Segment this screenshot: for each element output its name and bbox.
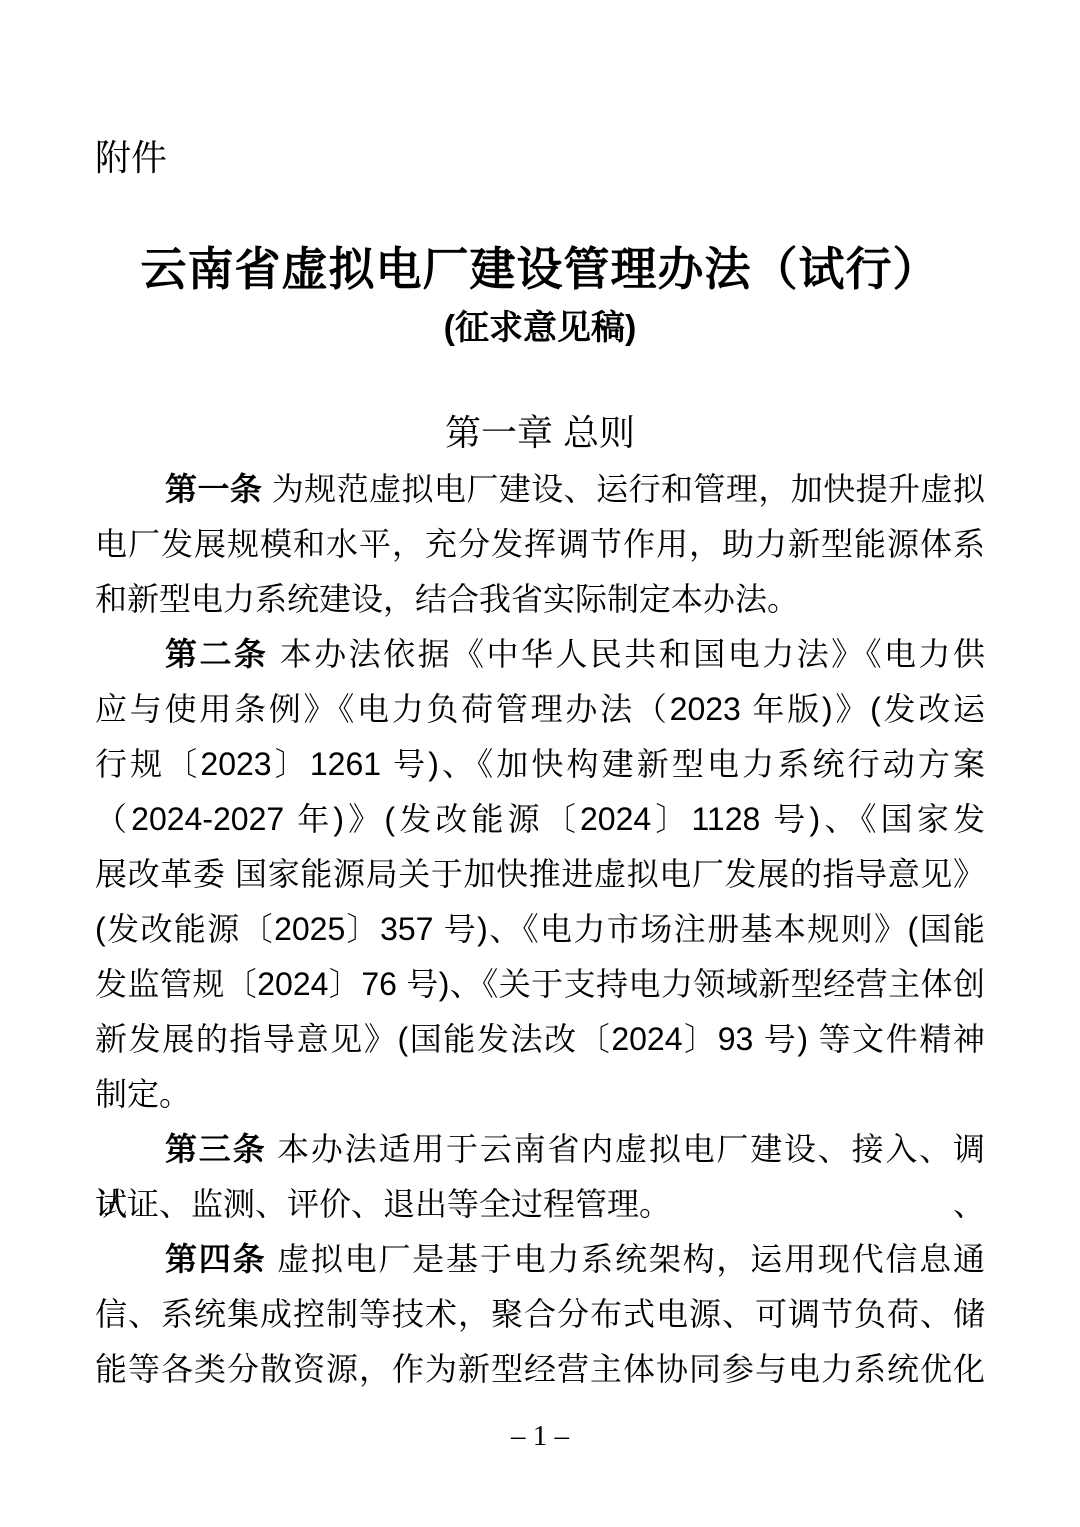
line-text: （2024-2027 年)》(发改能源〔2024〕1128 号)、《国家发 <box>95 801 985 837</box>
body-line: 和新型电力系统建设，结合我省实际制定本办法。 <box>95 572 985 627</box>
body-line: 制定。 <box>95 1067 985 1122</box>
body-line: 第四条 虚拟电厂是基于电力系统架构，运用现代信息通 <box>95 1232 985 1287</box>
body-line: 行规〔2023〕1261 号)、《加快构建新型电力系统行动方案 <box>95 737 985 792</box>
line-text: 本办法依据《中华人民共和国电力法》《电力供 <box>280 636 985 672</box>
line-text: 展改革委 国家能源局关于加快推进虚拟电厂发展的指导意见》 <box>95 856 985 892</box>
line-text: 电厂发展规模和水平，充分发挥调节作用，助力新型能源体系 <box>95 526 985 562</box>
line-text: 制定。 <box>95 1076 191 1112</box>
line-text: 和新型电力系统建设，结合我省实际制定本办法。 <box>95 581 799 617</box>
article-number: 第二条 <box>165 636 268 672</box>
line-text: 虚拟电厂是基于电力系统架构，运用现代信息通 <box>277 1241 985 1277</box>
document-title: 云南省虚拟电厂建设管理办法（试行） <box>0 240 1080 298</box>
body-line: 新发展的指导意见》(国能发法改〔2024〕93 号) 等文件精神 <box>95 1012 985 1067</box>
line-text: 为规范虚拟电厂建设、运行和管理，加快提升虚拟 <box>272 471 985 507</box>
body-line: 电厂发展规模和水平，充分发挥调节作用，助力新型能源体系 <box>95 517 985 572</box>
line-text: 发监管规〔2024〕76 号)、《关于支持电力领域新型经营主体创 <box>95 966 985 1002</box>
body-line: 应与使用条例》《电力负荷管理办法（2023 年版)》(发改运 <box>95 682 985 737</box>
article-number: 第三条 <box>165 1131 266 1167</box>
line-text: 新发展的指导意见》(国能发法改〔2024〕93 号) 等文件精神 <box>95 1021 985 1057</box>
body-line: （2024-2027 年)》(发改能源〔2024〕1128 号)、《国家发 <box>95 792 985 847</box>
body-line: 第二条 本办法依据《中华人民共和国电力法》《电力供 <box>95 627 985 682</box>
body-line: 能等各类分散资源，作为新型经营主体协同参与电力系统优化 <box>95 1342 985 1397</box>
line-text: (发改能源〔2025〕357 号)、《电力市场注册基本规则》(国能 <box>95 911 985 947</box>
body-line: 展改革委 国家能源局关于加快推进虚拟电厂发展的指导意见》 <box>95 847 985 902</box>
chapter-heading: 第一章 总则 <box>0 410 1080 456</box>
document-subtitle: (征求意见稿) <box>0 306 1080 350</box>
document-body: 第一条 为规范虚拟电厂建设、运行和管理，加快提升虚拟 电厂发展规模和水平，充分发… <box>95 462 985 1397</box>
article-number: 第一条 <box>165 471 262 507</box>
body-line: 第三条 本办法适用于云南省内虚拟电厂建设、接入、调试、 <box>95 1122 985 1177</box>
line-text: 信、系统集成控制等技术，聚合分布式电源、可调节负荷、储 <box>95 1296 985 1332</box>
attachment-label: 附件 <box>95 136 167 180</box>
line-text: 应与使用条例》《电力负荷管理办法（2023 年版)》(发改运 <box>95 691 985 727</box>
body-line: 信、系统集成控制等技术，聚合分布式电源、可调节负荷、储 <box>95 1287 985 1342</box>
line-text: 行规〔2023〕1261 号)、《加快构建新型电力系统行动方案 <box>95 746 985 782</box>
article-number: 第四条 <box>165 1241 266 1277</box>
document-page: 附件 云南省虚拟电厂建设管理办法（试行） (征求意见稿) 第一章 总则 第一条 … <box>0 0 1080 1527</box>
body-line: 发监管规〔2024〕76 号)、《关于支持电力领域新型经营主体创 <box>95 957 985 1012</box>
page-number: – 1 – <box>0 1416 1080 1456</box>
line-text: 能等各类分散资源，作为新型经营主体协同参与电力系统优化 <box>95 1351 985 1387</box>
body-line: 第一条 为规范虚拟电厂建设、运行和管理，加快提升虚拟 <box>95 462 985 517</box>
line-text: 认证、监测、评价、退出等全过程管理。 <box>95 1186 671 1222</box>
body-line: (发改能源〔2025〕357 号)、《电力市场注册基本规则》(国能 <box>95 902 985 957</box>
